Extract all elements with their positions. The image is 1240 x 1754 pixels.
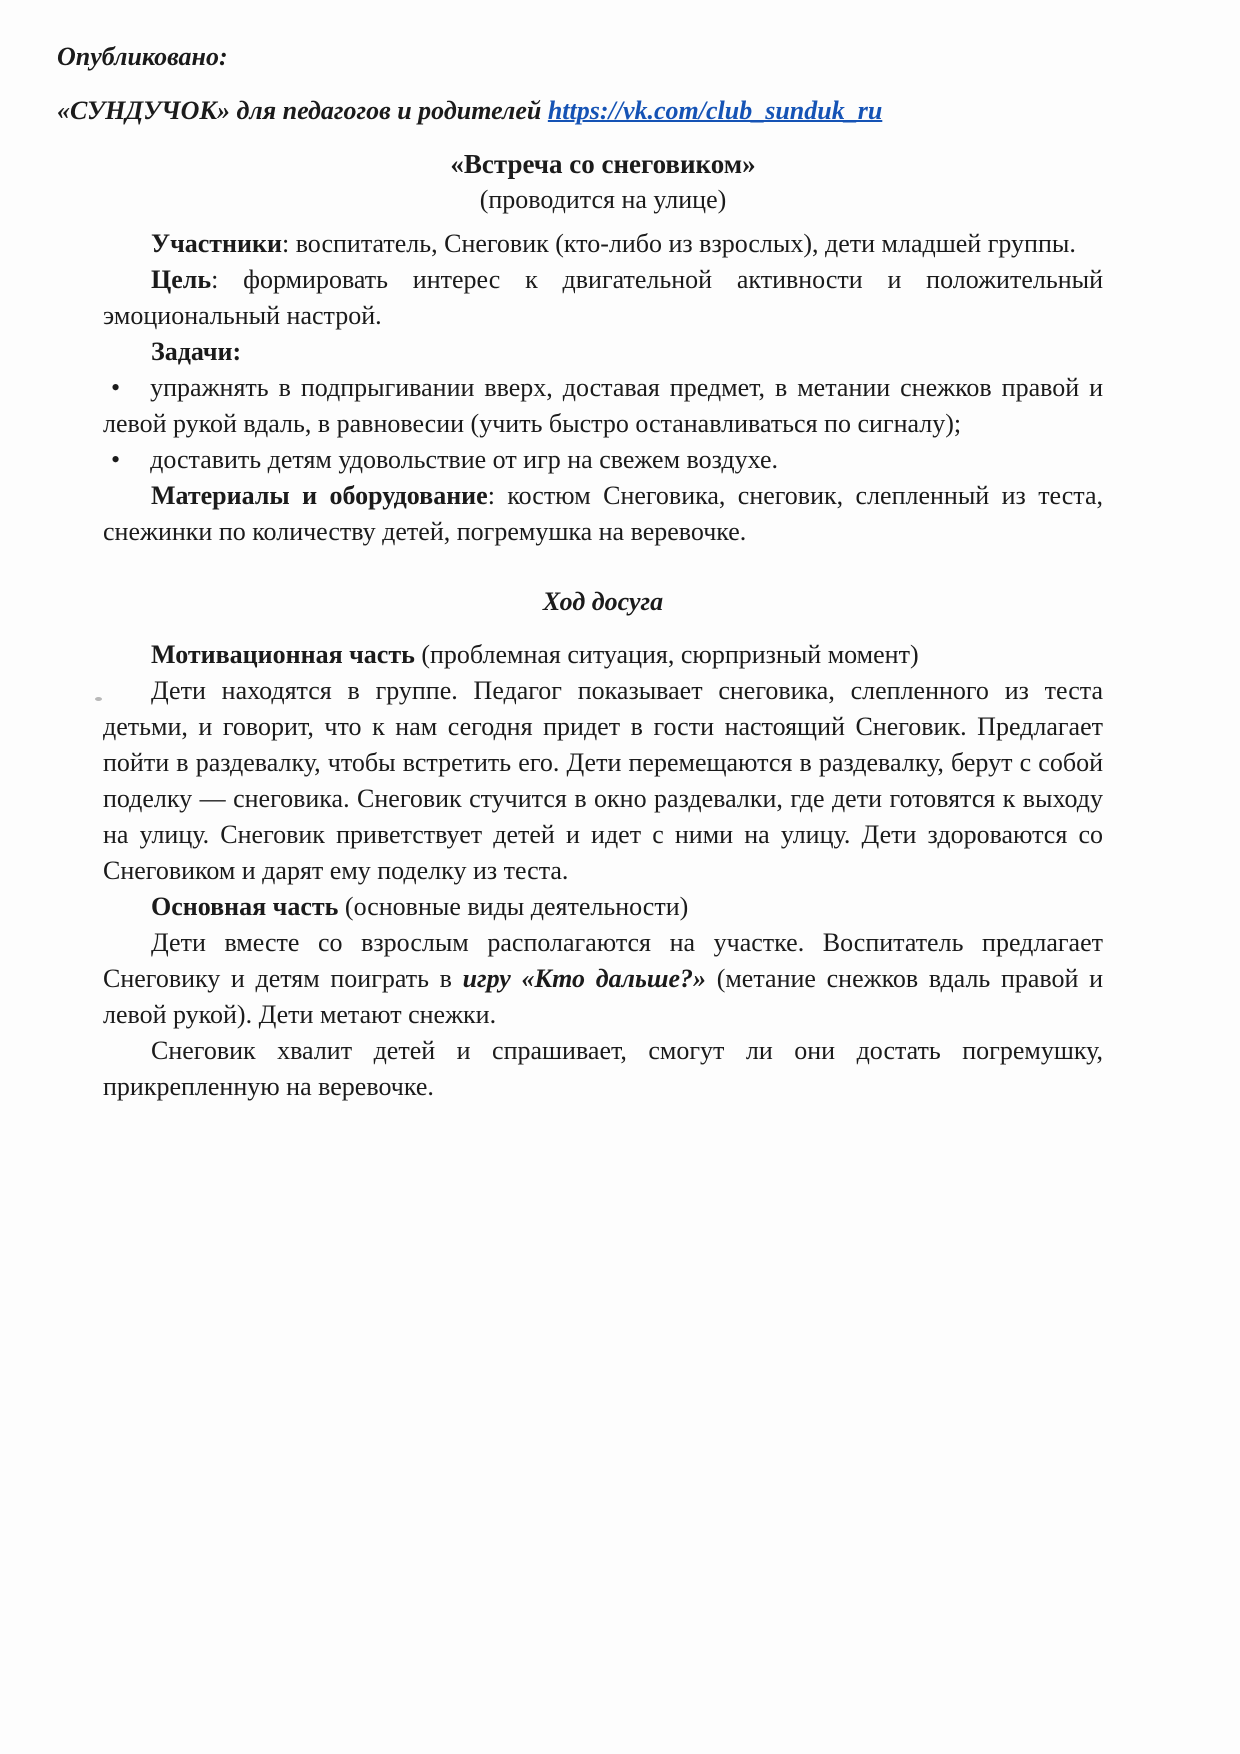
task-list-item: •доставить детям удовольствие от игр на …	[103, 442, 1103, 478]
motivational-part-body: Дети находятся в группе. Педагог показыв…	[103, 673, 1103, 889]
participants-paragraph: Участники: воспитатель, Снеговик (кто-ли…	[103, 226, 1103, 262]
page-subtitle: (проводится на улице)	[103, 182, 1103, 218]
source-line: «СУНДУЧОК» для педагогов и родителей htt…	[57, 96, 1180, 126]
tasks-label: Задачи:	[151, 337, 241, 366]
motivational-part-annotation: (проблемная ситуация, сюрпризный момент)	[415, 640, 919, 669]
main-part-annotation: (основные виды деятельности)	[338, 892, 688, 921]
published-label: Опубликовано:	[57, 42, 1180, 72]
bullet-icon: •	[111, 445, 120, 474]
page-title: «Встреча со снеговиком»	[103, 146, 1103, 182]
document-body: «Встреча со снеговиком» (проводится на у…	[103, 146, 1103, 1105]
course-heading: Ход досуга	[103, 584, 1103, 620]
main-part-heading: Основная часть (основные виды деятельнос…	[103, 889, 1103, 925]
source-text: «СУНДУЧОК» для педагогов и родителей	[57, 96, 548, 125]
document-page: Опубликовано: «СУНДУЧОК» для педагогов и…	[0, 0, 1240, 1754]
tasks-heading: Задачи:	[103, 334, 1103, 370]
goal-paragraph: Цель: формировать интерес к двигательной…	[103, 262, 1103, 334]
participants-text: : воспитатель, Снеговик (кто-либо из взр…	[282, 229, 1076, 258]
materials-label: Материалы и оборудование	[151, 481, 488, 510]
vk-club-link[interactable]: https://vk.com/club_sunduk_ru	[548, 96, 882, 125]
goal-text: : формировать интерес к двигательной акт…	[103, 265, 1103, 330]
materials-paragraph: Материалы и оборудование: костюм Снегови…	[103, 478, 1103, 550]
participants-label: Участники	[151, 229, 282, 258]
game-name: игру «Кто дальше?»	[463, 964, 706, 993]
task-item-text: упражнять в подпрыгивании вверх, достава…	[103, 373, 1103, 438]
publication-header: Опубликовано: «СУНДУЧОК» для педагогов и…	[57, 42, 1180, 126]
motivational-part-heading: Мотивационная часть (проблемная ситуация…	[103, 637, 1103, 673]
motivational-part-label: Мотивационная часть	[151, 640, 415, 669]
task-item-text: доставить детям удовольствие от игр на с…	[150, 445, 778, 474]
main-part-paragraph-2: Снеговик хвалит детей и спрашивает, смог…	[103, 1033, 1103, 1105]
main-part-paragraph-1: Дети вместе со взрослым располагаются на…	[103, 925, 1103, 1033]
scan-artifact-dot	[95, 697, 102, 701]
goal-label: Цель	[151, 265, 211, 294]
main-part-label: Основная часть	[151, 892, 338, 921]
bullet-icon: •	[111, 373, 120, 402]
task-list-item: •упражнять в подпрыгивании вверх, достав…	[103, 370, 1103, 442]
